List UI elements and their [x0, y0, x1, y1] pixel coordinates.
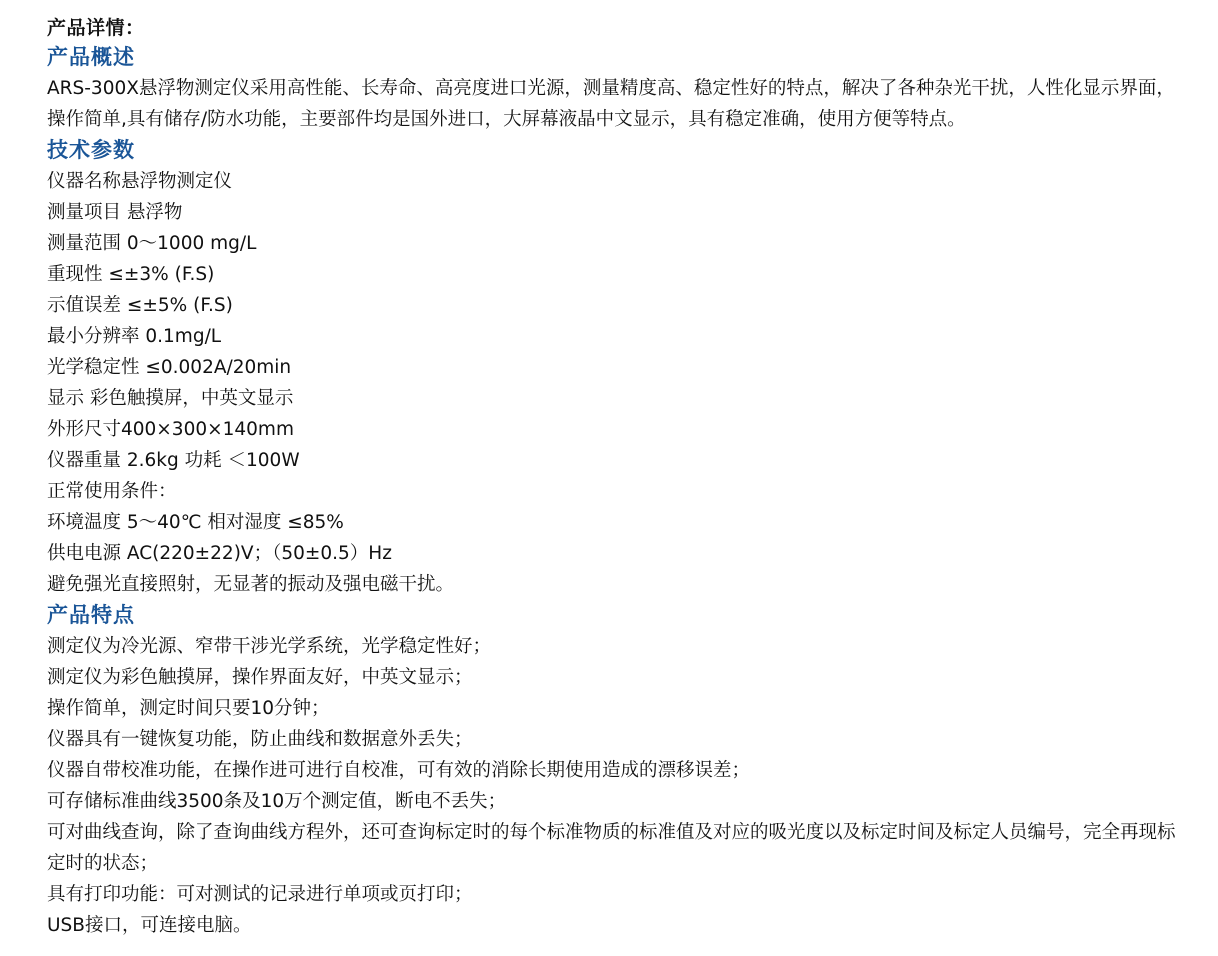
spec-line-optical-stability: 光学稳定性 ≤0.002A/20min [47, 352, 1187, 383]
spec-line-dimensions: 外形尺寸400×300×140mm [47, 414, 1187, 445]
feature-item: 可对曲线查询，除了查询曲线方程外，还可查询标定时的每个标准物质的标准值及对应的吸… [47, 817, 1187, 879]
feature-item: 测定仪为彩色触摸屏，操作界面友好，中英文显示； [47, 662, 1187, 693]
overview-heading: 产品概述 [47, 42, 1187, 73]
spec-line-instrument-name: 仪器名称悬浮物测定仪 [47, 166, 1187, 197]
spec-line-conditions-label: 正常使用条件： [47, 476, 1187, 507]
feature-item: 可存储标准曲线3500条及10万个测定值，断电不丢失； [47, 786, 1187, 817]
spec-line-measure-item: 测量项目 悬浮物 [47, 197, 1187, 228]
feature-item: 仪器具有一键恢复功能，防止曲线和数据意外丢失； [47, 724, 1187, 755]
feature-item: 具有打印功能：可对测试的记录进行单项或页打印； [47, 879, 1187, 910]
spec-line-measure-range: 测量范围 0～1000 mg/L [47, 228, 1187, 259]
overview-text: ARS-300X悬浮物测定仪采用高性能、长寿命、高亮度进口光源，测量精度高、稳定… [47, 73, 1187, 135]
product-detail-page: 产品详情： 产品概述 ARS-300X悬浮物测定仪采用高性能、长寿命、高亮度进口… [0, 0, 1187, 941]
feature-item: 仪器自带校准功能，在操作进可进行自校准，可有效的消除长期使用造成的漂移误差； [47, 755, 1187, 786]
feature-item: 测定仪为冷光源、窄带干涉光学系统，光学稳定性好； [47, 631, 1187, 662]
spec-line-environment-note: 避免强光直接照射，无显著的振动及强电磁干扰。 [47, 569, 1187, 600]
spec-line-indication-error: 示值误差 ≤±5% (F.S) [47, 290, 1187, 321]
spec-line-resolution: 最小分辨率 0.1mg/L [47, 321, 1187, 352]
features-section: 产品特点 测定仪为冷光源、窄带干涉光学系统，光学稳定性好； 测定仪为彩色触摸屏，… [47, 600, 1187, 941]
spec-line-display: 显示 彩色触摸屏，中英文显示 [47, 383, 1187, 414]
spec-line-repeatability: 重现性 ≤±3% (F.S) [47, 259, 1187, 290]
features-heading: 产品特点 [47, 600, 1187, 631]
spec-line-power-supply: 供电电源 AC(220±22)V；（50±0.5）Hz [47, 538, 1187, 569]
specs-heading: 技术参数 [47, 135, 1187, 166]
feature-item: USB接口，可连接电脑。 [47, 910, 1187, 941]
specs-section: 技术参数 仪器名称悬浮物测定仪 测量项目 悬浮物 测量范围 0～1000 mg/… [47, 135, 1187, 600]
spec-line-weight-power: 仪器重量 2.6kg 功耗 ＜100W [47, 445, 1187, 476]
page-title: 产品详情： [47, 14, 1187, 42]
spec-line-temperature-humidity: 环境温度 5～40℃ 相对湿度 ≤85% [47, 507, 1187, 538]
feature-item: 操作简单，测定时间只要10分钟； [47, 693, 1187, 724]
overview-section: 产品概述 ARS-300X悬浮物测定仪采用高性能、长寿命、高亮度进口光源，测量精… [47, 42, 1187, 135]
